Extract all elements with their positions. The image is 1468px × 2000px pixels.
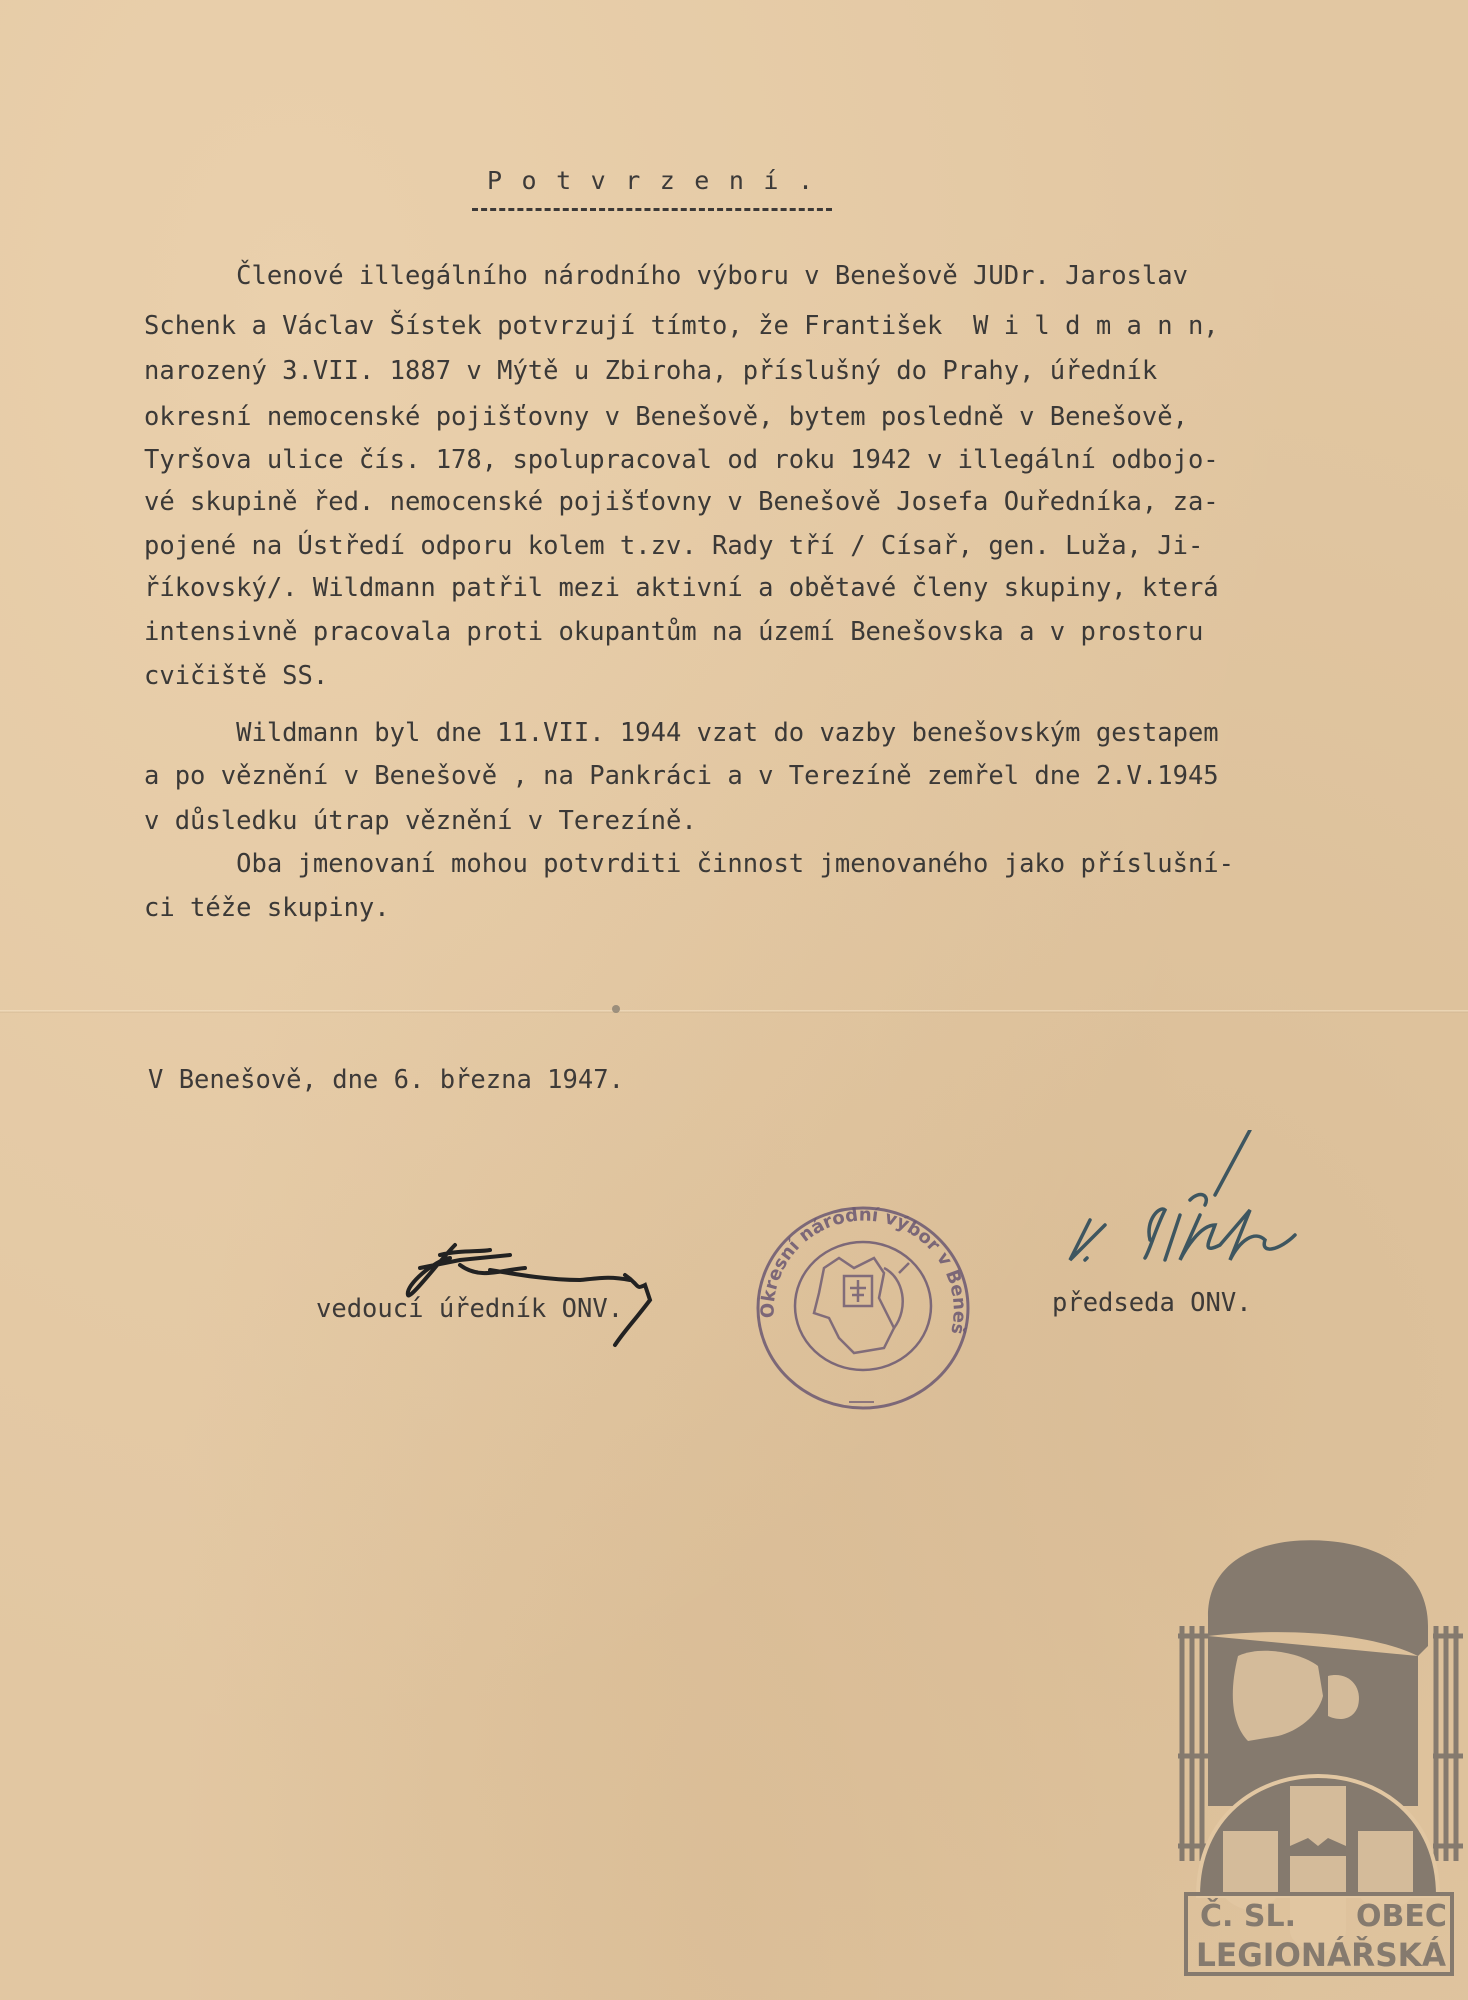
body-line: vé skupině řed. nemocenské pojišťovny v … — [144, 487, 1219, 517]
place-and-date: V Benešově, dne 6. března 1947. — [148, 1065, 624, 1095]
body-line: Tyršova ulice čís. 178, spolupracoval od… — [144, 445, 1219, 475]
body-line: Členové illegálního národního výboru v B… — [144, 261, 1188, 291]
body-line: Oba jmenovaní mohou potvrditi činnost jm… — [144, 849, 1234, 879]
body-line: v důsledku útrap věznění v Terezíně. — [144, 806, 697, 836]
title-underline — [472, 208, 832, 211]
paper-punch-mark — [612, 1005, 620, 1013]
logo-text-left: Č. SL. — [1200, 1897, 1296, 1934]
body-line: narozený 3.VII. 1887 v Mýtě u Zbiroha, p… — [144, 356, 1157, 386]
left-signature-label: vedoucí úředník ONV. — [316, 1294, 623, 1324]
body-line: Schenk a Václav Šístek potvrzují tímto, … — [144, 311, 1219, 341]
body-line: pojené na Ústředí odporu kolem t.zv. Rad… — [144, 531, 1203, 561]
document-title: Potvrzení. — [487, 166, 833, 195]
body-line: intensivně pracovala proti okupantům na … — [144, 617, 1203, 647]
body-line: Wildmann byl dne 11.VII. 1944 vzat do va… — [144, 718, 1219, 748]
body-line: cvičiště SS. — [144, 661, 328, 691]
right-signature — [1050, 1130, 1310, 1290]
logo-text-bottom: LEGIONÁŘSKÁ — [1196, 1936, 1446, 1974]
body-line: okresní nemocenské pojišťovny v Benešově… — [144, 402, 1188, 432]
legion-logo: Č. SL. OBEC LEGIONÁŘSKÁ — [1178, 1516, 1463, 1979]
soldier-helmet-icon — [1208, 1540, 1428, 1656]
right-signature-label: předseda ONV. — [1052, 1288, 1252, 1318]
lion-emblem-icon — [814, 1258, 909, 1353]
official-stamp: Okresní národní výbor v Benešově — [744, 1198, 982, 1416]
body-line: říkovský/. Wildmann patřil mezi aktivní … — [144, 573, 1219, 603]
paper-fold-line — [0, 1010, 1468, 1013]
body-line: a po věznění v Benešově , na Pankráci a … — [144, 761, 1219, 791]
logo-text-right: OBEC — [1356, 1899, 1447, 1934]
body-line: ci téže skupiny. — [144, 893, 390, 923]
